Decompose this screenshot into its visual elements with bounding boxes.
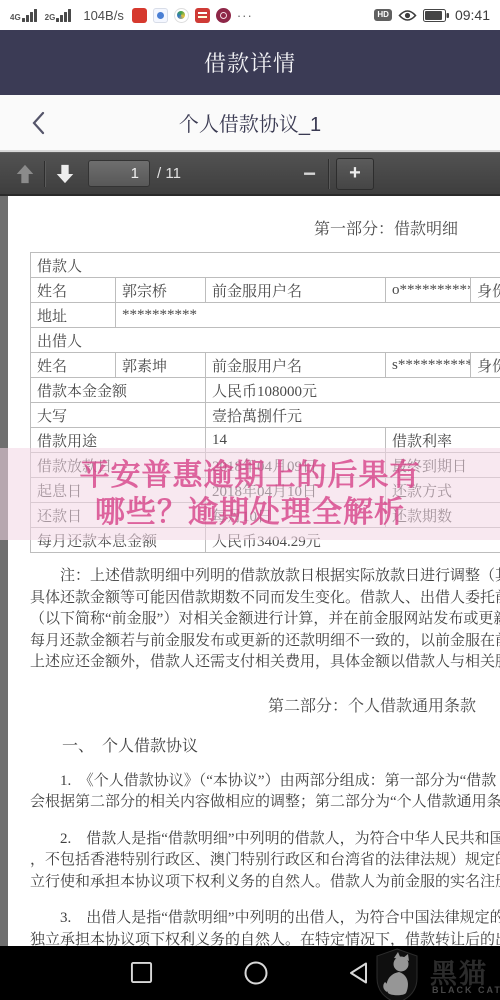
- loan-purpose-cell: 14: [206, 428, 386, 453]
- part1-heading: 第一部分：借款明细: [8, 216, 458, 239]
- part2-heading: 第二部分：个人借款通用条款: [8, 693, 476, 716]
- disbursement-date-cell: 2018年04月09日: [206, 453, 386, 478]
- pdf-page: 第一部分：借款明细 借款人 姓名 郭宗桥 前金服用户名 o**********e…: [8, 196, 500, 946]
- label-cell: 地址: [31, 303, 116, 328]
- clause-line: ，不包括香港特别行政区、澳门特别行政区和台湾省的法律法规）规定的具有: [8, 850, 500, 872]
- borrower-name-cell: 郭宗桥: [116, 278, 206, 303]
- status-bar: 4G 2G 104B/s ··· HD 09: [0, 0, 500, 30]
- clause-line: 独立承担本协议项下权利义务的自然人。在特定情况下，借款转让后的出借人: [8, 930, 500, 947]
- interest-start-date-cell: 2018年04月10日: [206, 478, 386, 503]
- note-line: 注：上述借款明细中列明的借款放款日根据实际放款日进行调整（其他相: [8, 566, 500, 588]
- clock-time: 09:41: [455, 7, 490, 23]
- network-speed: 104B/s: [83, 8, 123, 23]
- network-2g-label: 2G: [45, 14, 56, 22]
- notification-app-icon-text: [195, 8, 210, 23]
- table-row: 姓名 郭素坤 前金服用户名 s***********8 身份: [31, 353, 500, 378]
- next-page-button[interactable]: [50, 159, 80, 189]
- eye-comfort-icon: [398, 9, 417, 22]
- notification-app-icon-swirl: [174, 8, 189, 23]
- label-cell: 每月还款本息金额: [31, 528, 206, 553]
- table-row: 每月还款本息金额 人民币3404.29元: [31, 528, 500, 553]
- pdf-viewport[interactable]: 第一部分：借款明细 借款人 姓名 郭宗桥 前金服用户名 o**********e…: [0, 196, 500, 946]
- clause-line: 会根据第二部分的相关内容做相应的调整；第二部分为“个人借款通用条款”: [8, 792, 500, 814]
- note-line: 具体还款金额等可能因借款期数不同而发生变化。借款人、出借人委托前海: [8, 588, 500, 610]
- section-title: 一、 个人借款协议: [8, 733, 500, 756]
- clause-line: 1. 《个人借款协议》（“本协议”）由两部分组成：第一部分为“借款: [8, 771, 500, 793]
- label-cell: 还款日: [31, 503, 206, 528]
- home-button[interactable]: [244, 961, 268, 985]
- loan-detail-table: 借款人 姓名 郭宗桥 前金服用户名 o**********e 身份 地址 ***…: [30, 252, 500, 553]
- notification-app-icon-maroon: [216, 8, 231, 23]
- table-row: 还款日 每月10日 还款期数: [31, 503, 500, 528]
- recents-button[interactable]: [130, 961, 153, 984]
- notification-app-icon-red: [132, 8, 147, 23]
- label-cell: 借款利率: [386, 428, 500, 453]
- more-notifications-icon: ···: [237, 8, 253, 23]
- black-cat-en-label: BLACK CAT: [432, 985, 500, 995]
- label-cell: 姓名: [31, 353, 116, 378]
- arrow-up-icon: [14, 163, 36, 185]
- back-button[interactable]: [348, 961, 369, 985]
- label-cell: 起息日: [31, 478, 206, 503]
- label-cell: 前金服用户名: [206, 278, 386, 303]
- table-row: 起息日 2018年04月10日 还款方式: [31, 478, 500, 503]
- phone-screen: 4G 2G 104B/s ··· HD 09: [0, 0, 500, 1000]
- note-line: （以下简称“前金服”）对相关金额进行计算，并在前金服网站发布或更新具: [8, 609, 500, 631]
- signal-2g-icon: 2G: [45, 9, 72, 22]
- notification-app-icon-paw: [153, 8, 168, 23]
- document-title: 个人借款协议_1: [179, 108, 321, 137]
- monthly-payment-cell: 人民币3404.29元: [206, 528, 500, 553]
- toolbar-divider: [44, 161, 46, 187]
- note-paragraph: 注：上述借款明细中列明的借款放款日根据实际放款日进行调整（其他相具体还款金额等可…: [8, 566, 500, 674]
- clause-1: 1. 《个人借款协议》（“本协议”）由两部分组成：第一部分为“借款会根据第二部分…: [8, 771, 500, 814]
- page-total-label: / 11: [157, 165, 181, 182]
- lender-name-cell: 郭素坤: [116, 353, 206, 378]
- table-row: 大写 壹拾萬捌仟元: [31, 403, 500, 428]
- table-row: 借款本金金额 人民币108000元: [31, 378, 500, 403]
- table-row: 出借人: [31, 328, 500, 353]
- arrow-down-icon: [54, 163, 76, 185]
- previous-page-button[interactable]: [10, 159, 40, 189]
- note-line: 每月还款金额若与前金服发布或更新的还款明细不一致的，以前金服在前金服: [8, 631, 500, 653]
- clause-2: 2. 借款人是指“借款明细”中列明的借款人，为符合中华人民共和国法，不包括香港特…: [8, 829, 500, 894]
- label-cell: 还款期数: [386, 503, 500, 528]
- zoom-in-button[interactable]: +: [336, 158, 374, 190]
- principal-amount-cell: 人民币108000元: [206, 378, 500, 403]
- clause-line: 2. 借款人是指“借款明细”中列明的借款人，为符合中华人民共和国法: [8, 829, 500, 851]
- android-nav-bar: 黑猫 BLACK CAT: [0, 946, 500, 1000]
- hd-icon: HD: [374, 9, 392, 21]
- label-cell: 前金服用户名: [206, 353, 386, 378]
- label-cell: 姓名: [31, 278, 116, 303]
- signal-4g-icon: 4G: [10, 9, 37, 22]
- back-chevron-icon[interactable]: [28, 109, 50, 137]
- label-cell: 还款方式: [386, 478, 500, 503]
- lender-username-cell: s***********8: [386, 353, 471, 378]
- label-cell: 借款放款日: [31, 453, 206, 478]
- label-cell: 借款本金金额: [31, 378, 206, 403]
- app-header: 借款详情: [0, 30, 500, 95]
- label-cell: 大写: [31, 403, 206, 428]
- pdf-toolbar: / 11 − +: [0, 152, 500, 196]
- borrower-username-cell: o**********e: [386, 278, 471, 303]
- page-title: 借款详情: [204, 47, 296, 78]
- toolbar-divider: [328, 159, 330, 189]
- label-cell: 身份: [471, 353, 500, 378]
- label-cell: 借款用途: [31, 428, 206, 453]
- borrower-section-cell: 借款人: [31, 253, 500, 278]
- repayment-day-cell: 每月10日: [206, 503, 386, 528]
- label-cell: 最终到期日: [386, 453, 500, 478]
- table-row: 地址 **********: [31, 303, 500, 328]
- black-cat-shield-icon: [374, 948, 420, 1000]
- table-row: 借款放款日 2018年04月09日 最终到期日: [31, 453, 500, 478]
- table-row: 借款用途 14 借款利率: [31, 428, 500, 453]
- page-number-input[interactable]: [88, 160, 150, 187]
- notification-icons: [132, 8, 231, 23]
- network-4g-label: 4G: [10, 14, 21, 22]
- amount-in-words-cell: 壹拾萬捌仟元: [206, 403, 500, 428]
- table-row: 借款人: [31, 253, 500, 278]
- lender-section-cell: 出借人: [31, 328, 500, 353]
- document-header: 个人借款协议_1: [0, 95, 500, 152]
- address-cell: **********: [116, 303, 500, 328]
- battery-icon: [423, 9, 449, 22]
- clause-line: 3. 出借人是指“借款明细”中列明的出借人，为符合中国法律规定的具: [8, 908, 500, 930]
- note-line: 上述应还金额外，借款人还需支付相关费用，具体金额以借款人与相关服务提: [8, 652, 500, 674]
- clause-line: 立行使和承担本协议项下权利义务的自然人。借款人为前金服的实名注册用户: [8, 872, 500, 894]
- label-cell: 身份: [471, 278, 500, 303]
- table-row: 姓名 郭宗桥 前金服用户名 o**********e 身份: [31, 278, 500, 303]
- clause-3: 3. 出借人是指“借款明细”中列明的出借人，为符合中国法律规定的具独立承担本协议…: [8, 908, 500, 946]
- black-cat-watermark: 黑猫 BLACK CAT: [374, 948, 500, 1000]
- zoom-out-button[interactable]: −: [291, 161, 328, 187]
